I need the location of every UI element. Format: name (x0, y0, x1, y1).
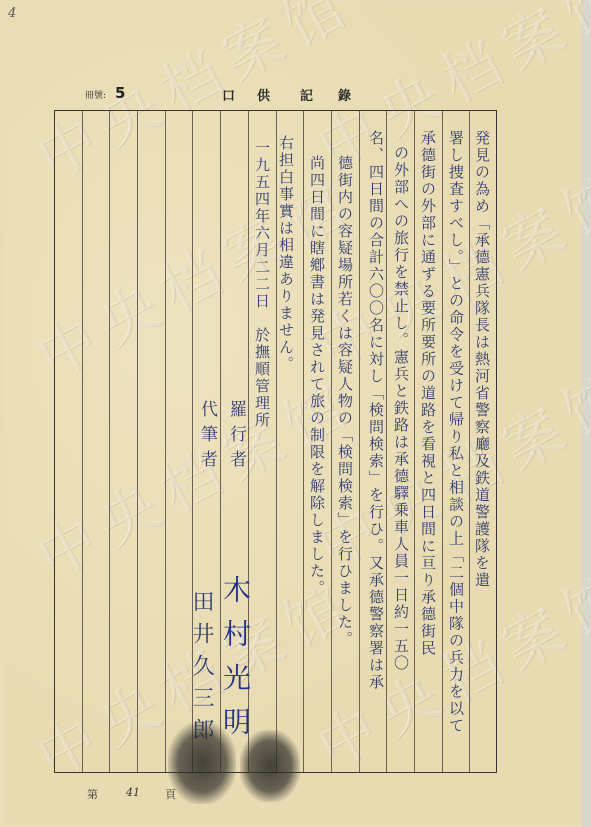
ruled-line (82, 111, 83, 772)
title-char: 供 (257, 85, 270, 104)
text-column: 署し捜査すべし。」との命令を受けて帰り私と相談の上「二個中隊の兵力を以て (446, 130, 466, 735)
text-column: 発見の為め「承德憲兵隊長は熱河省警察廳及鉄道警護隊を遣 (472, 130, 492, 589)
volume-number: 5 (115, 84, 125, 102)
page-prefix: 第 (87, 786, 98, 802)
volume-label: 冊號: (85, 88, 106, 101)
ruled-line (165, 111, 166, 772)
scribe-label: 代筆者 (197, 400, 217, 475)
ruled-line (137, 111, 138, 772)
thumbprint (240, 730, 300, 802)
page-suffix: 頁 (165, 786, 176, 802)
folio-mark: 4 (8, 6, 16, 21)
title-char: 記 (300, 85, 313, 104)
ruled-line (303, 111, 304, 772)
text-column: 尚四日間に瞎鄕書は発見されて旅の制限を解除しました。 (307, 155, 327, 597)
ruled-line (359, 111, 360, 772)
thumbprint (168, 722, 236, 804)
text-column: 右担白事實は相違ありません。 (276, 135, 296, 373)
text-column: 承德街の外部に通ずる要所要所の道路を看視と四日間に亘り承德街民 (418, 130, 438, 657)
ruled-line (442, 111, 443, 772)
ruled-line (331, 111, 332, 772)
text-column: の外部への旅行を禁止し。憲兵と鉄路は承德驛乗車人員一日約一五〇 (391, 145, 411, 672)
page-number: 41 (126, 786, 140, 799)
ruled-line (469, 111, 470, 772)
scan-edge (582, 0, 591, 827)
confessor-signature: 木村光明 (225, 575, 245, 751)
title-char: 口 (222, 85, 235, 104)
ruled-line (386, 111, 387, 772)
ruled-line (414, 111, 415, 772)
title-char: 錄 (338, 85, 351, 104)
ruled-line (109, 111, 110, 772)
confessor-label: 羅行者 (226, 400, 246, 475)
text-column: 德街内の容疑場所若くは容疑人物の「検問検索」を行ひました。 (335, 155, 355, 648)
text-column: 名、四日間の合計六〇〇名に対し「検問検索」を行ひ。又承德警察署は承 (366, 130, 386, 691)
date-column: 一九五四年六月二二日 於撫順管理所 (252, 140, 272, 429)
